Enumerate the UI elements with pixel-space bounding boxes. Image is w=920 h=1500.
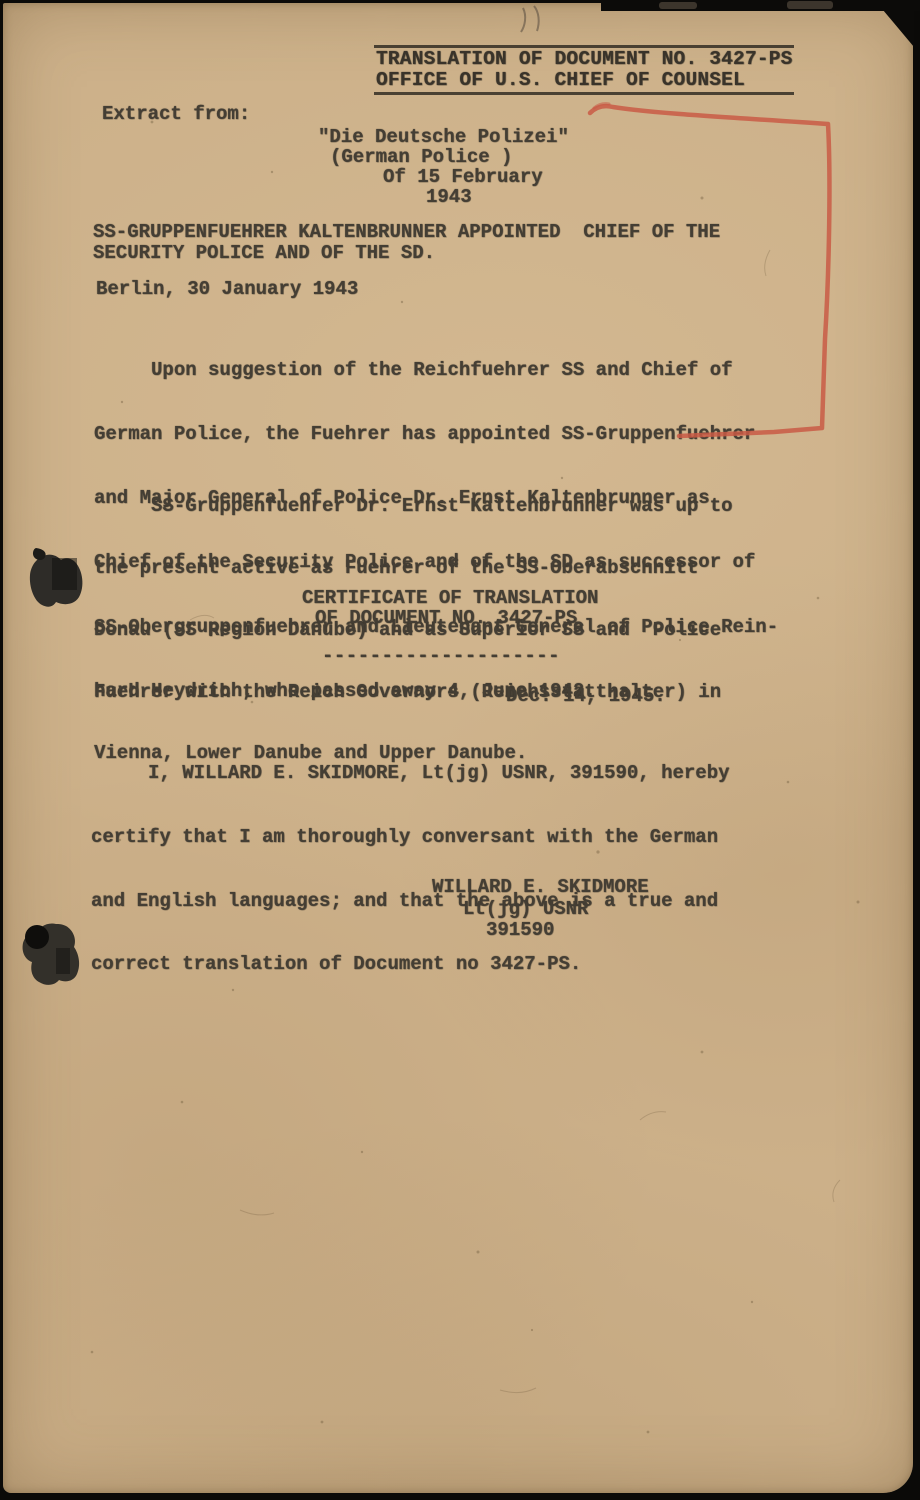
signature-rank: Lt(jg) USNR [463, 899, 588, 920]
edge-bleedthrough-mark [787, 1, 833, 9]
paragraph-line: the present active as Fuehrer of the SS-… [94, 558, 733, 579]
headline-line-2: SECURITY POLICE AND OF THE SD. [93, 243, 435, 264]
photo-edge-top-band [601, 0, 920, 11]
certificate-line: correct translation of Document no 3427-… [91, 954, 730, 975]
certificate-line: certify that I am thoroughly conversant … [91, 827, 730, 848]
headline-line-1: SS-GRUPPENFUEHRER KALTENBRUNNER APPOINTE… [93, 222, 720, 243]
extract-label: Extract from: [102, 104, 250, 125]
paragraph-line: German Police, the Fuehrer has appointed… [94, 424, 778, 445]
signature-number: 391590 [486, 920, 554, 941]
signature-name: WILLARD E. SKIDMORE [432, 877, 649, 898]
certificate-date: Dec. 14, 1945. [506, 686, 666, 707]
certificate-heading-2: OF DOCUMENT NO. 3427-PS [315, 608, 577, 629]
paragraph-line: SS-Gruppenfuehrer Dr. Ernst Kaltenbrunne… [94, 496, 733, 517]
scanned-document-photo: { "document": { "stamp": { "line1": "TRA… [0, 0, 920, 1500]
paragraph-line: Upon suggestion of the Reichfuehrer SS a… [94, 360, 778, 381]
stamp-line-1: TRANSLATION OF DOCUMENT NO. 3427-PS [376, 49, 794, 70]
certificate-line: I, WILLARD E. SKIDMORE, Lt(jg) USNR, 391… [91, 763, 730, 784]
dashed-divider: -------------------- [322, 646, 560, 667]
stamp-line-2: OFFICE OF U.S. CHIEF OF COUNSEL [376, 70, 794, 91]
source-year: 1943 [426, 187, 472, 208]
edge-bleedthrough-mark [659, 2, 697, 9]
certificate-body: I, WILLARD E. SKIDMORE, Lt(jg) USNR, 391… [91, 721, 730, 997]
translation-stamp: TRANSLATION OF DOCUMENT NO. 3427-PS OFFI… [374, 45, 794, 95]
dateline: Berlin, 30 January 1943 [96, 279, 358, 300]
